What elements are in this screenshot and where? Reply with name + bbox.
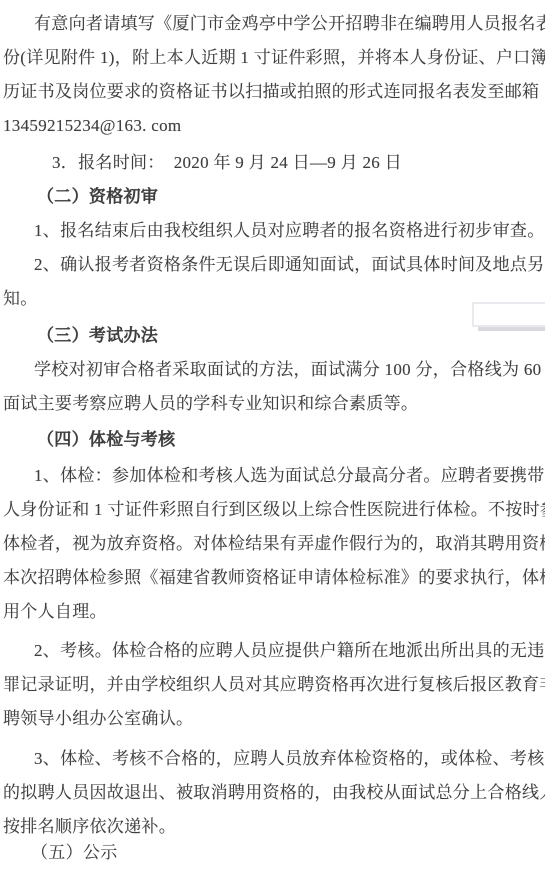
doc-line: 人身份证和 1 寸证件彩照自行到区级以上综合性医院进行体检。不按时参 (0, 493, 545, 527)
doc-line: 2、确认报考者资格条件无误后即通知面试，面试具体时间及地点另行通 (0, 248, 545, 282)
email-text: 13459215234@163. com (0, 109, 545, 143)
doc-line: 面试主要考察应聘人员的学科专业知识和综合素质等。 (0, 387, 545, 421)
doc-line: 聘领导小组办公室确认。 (0, 702, 545, 736)
doc-line: 有意向者请填写《厦门市金鸡亭中学公开招聘非在编聘用人员报名表》 (0, 7, 545, 41)
document-page: 有意向者请填写《厦门市金鸡亭中学公开招聘非在编聘用人员报名表》 份(详见附件 1… (0, 0, 545, 873)
doc-line: 学校对初审合格者采取面试的方法，面试满分 100 分，合格线为 60 分 (0, 353, 545, 387)
section-heading-2: （二）资格初审 (0, 180, 545, 214)
doc-line: 的拟聘人员因故退出、被取消聘用资格的，由我校从面试总分上合格线人员 (0, 776, 545, 810)
doc-line: 本次招聘体检参照《福建省教师资格证申请体检标准》的要求执行，体检 (0, 561, 545, 595)
section-heading-5: （五）公示 (0, 836, 545, 870)
doc-line: 1、报名结束后由我校组织人员对应聘者的报名资格进行初步审查。 (0, 214, 545, 248)
doc-line: 用个人自理。 (0, 595, 545, 629)
doc-line: 罪记录证明，并由学校组织人员对其应聘资格再次进行复核后报区教育非编 (0, 668, 545, 702)
doc-line: 体检者，视为放弃资格。对体检结果有弄虚作假行为的，取消其聘用资格 (0, 527, 545, 561)
doc-line: 历证书及岗位要求的资格证书以扫描或拍照的形式连同报名表发至邮箱 (0, 75, 545, 109)
doc-line: 知。 (0, 282, 545, 316)
section-heading-4: （四）体检与考核 (0, 423, 545, 457)
section-heading-3: （三）考试办法 (0, 319, 545, 353)
watermark-badge: 160092092 (472, 302, 545, 327)
doc-line-signup-time: 3．报名时间： 2020 年 9 月 24 日—9 月 26 日 (0, 146, 545, 180)
doc-line: 2、考核。体检合格的应聘人员应提供户籍所在地派出所出具的无违法 (0, 634, 545, 668)
doc-line: 份(详见附件 1)，附上本人近期 1 寸证件彩照，并将本人身份证、户口簿、学 (0, 41, 545, 75)
doc-line: 1、体检：参加体检和考核人选为面试总分最高分者。应聘者要携带 (0, 459, 545, 493)
doc-line: 3、体检、考核不合格的，应聘人员放弃体检资格的，或体检、考核合 (0, 742, 545, 776)
